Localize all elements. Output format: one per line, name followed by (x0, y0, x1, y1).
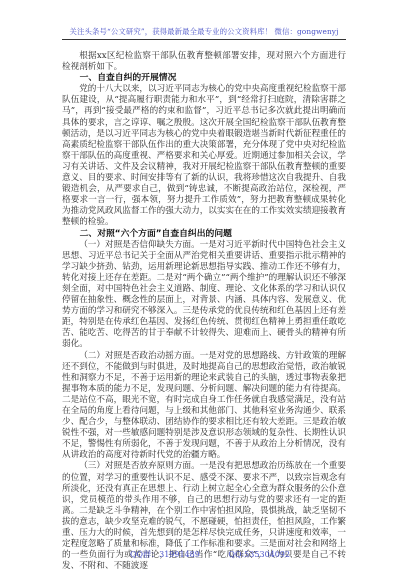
section-1-paragraph: 党的十八大以来，以习近平同志为核心的党中央高度重视纪检监察干部队伍建设，从“提高… (62, 84, 346, 228)
section-2-heading: 二、对照“六个方面”自查自纠出的问题 (62, 229, 346, 240)
header-banner[interactable]: 关注头条号“公文研究”，获得最新最全最专业的公文资料库！ 微信：gongweny… (62, 26, 346, 40)
qq-number: QQ:535304092 (228, 550, 290, 559)
document-body: 根据xx区纪检监察干部队伍教育整顿部署安排，现对照六个方面进行检视剖析如下。 一… (62, 51, 346, 572)
qq-group: QQ群：31991489 (130, 550, 200, 559)
intro-paragraph: 根据xx区纪检监察干部队伍教育整顿部署安排，现对照六个方面进行检视剖析如下。 (62, 51, 346, 73)
section-2-paragraph-2: （二）对照是否政治动摇方面。一是对党的思想路线、方针政策的理解还不到位，不能做到… (62, 351, 346, 462)
document-page: 关注头条号“公文研究”，获得最新最全最专业的公文资料库！ 微信：gongweny… (0, 0, 408, 580)
section-1-heading: 一、自查自纠的开展情况 (62, 73, 346, 84)
section-2-paragraph-1: （一）对照是否信仰缺失方面。一是对习近平新时代中国特色社会主义思想、习近平总书记… (62, 240, 346, 351)
footer-contact: QQ群：31991489 QQ:535304092 (130, 549, 316, 560)
